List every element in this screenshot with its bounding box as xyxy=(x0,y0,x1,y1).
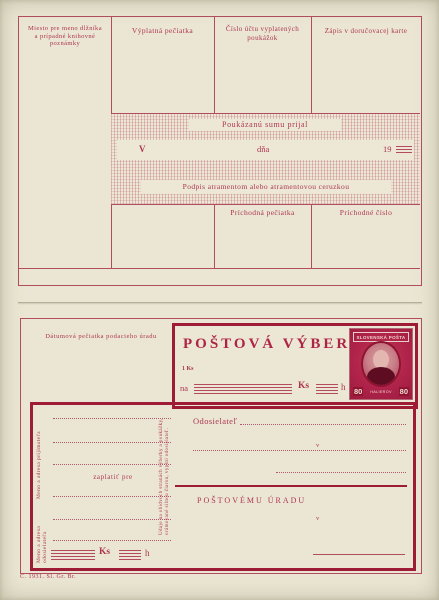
haliere-fill-lines xyxy=(316,384,338,394)
bottom-haliere-fill-lines xyxy=(119,550,141,560)
sum-received-label: Poukázanú sumu prijal xyxy=(189,119,341,131)
sender-field-label: Odosielateľ xyxy=(193,416,237,426)
recipient-line-3 xyxy=(53,464,171,465)
portrait-body xyxy=(367,367,395,385)
fee-label: 1 Ks xyxy=(182,366,194,372)
arrival-number-cell-label: Príchodné číslo xyxy=(313,209,419,218)
sender-address-label: Meno a adresa odosielateľa xyxy=(36,501,48,563)
payout-stamp-cell-label: Výplatná pečiatka xyxy=(113,27,212,36)
filling-instruction: Údaje na obidvoch stranách výberky a pou… xyxy=(159,407,173,535)
arrival-stamp-cell-label: Príchodná pečiatka xyxy=(216,209,309,218)
sender-line-3 xyxy=(53,540,171,541)
grid-bottom-line-left xyxy=(19,268,111,269)
post-office-place-line xyxy=(313,554,405,555)
post-office-label: POŠTOVÉMU ÚRADU xyxy=(197,496,306,505)
year-label: 19 xyxy=(383,144,392,154)
bottom-h-label: h xyxy=(145,548,150,558)
datestamp-area-label: Dátumová pečiatka podacieho úradu xyxy=(31,333,171,340)
grid-bottom-line xyxy=(111,268,420,269)
sender-line-1 xyxy=(53,496,171,497)
receipt-hatched-block: Poukázanú sumu prijal V dňa 19 Podpis at… xyxy=(111,113,420,205)
place-date-band: V dňa 19 xyxy=(117,140,414,160)
sender-extra-line xyxy=(276,472,406,473)
form-title: POŠTOVÁ VÝBERKA xyxy=(183,336,363,353)
recipient-line-2 xyxy=(53,442,171,443)
post-office-separator xyxy=(175,485,407,487)
bottom-ks-label: Ks xyxy=(99,547,110,557)
ks-label: Ks xyxy=(298,381,309,391)
h-label: h xyxy=(341,382,346,392)
delivery-card-cell-label: Zápis v doručovacej karte xyxy=(313,27,419,36)
recipient-line-1 xyxy=(53,418,171,419)
grid-col3-separator-top xyxy=(311,17,312,113)
printer-imprint: C. 1931. Sl. Gr. Br. xyxy=(20,574,76,580)
sender-field-line xyxy=(240,424,406,425)
amount-fill-lines xyxy=(194,384,292,394)
receipt-card: Miesto pre meno dlžníka a prípadné kniho… xyxy=(18,16,422,286)
debtor-name-cell-label: Miesto pre meno dlžníka a prípadné kniho… xyxy=(21,25,109,48)
recipient-address-label: Meno a adresa prijímateľa xyxy=(36,411,42,499)
grid-col3-separator-bottom xyxy=(311,203,312,268)
stamp-currency-label: HALIEROV xyxy=(350,390,412,394)
bottom-amount-fill-lines xyxy=(51,550,95,560)
money-order-card: Dátumová pečiatka podacieho úradu POŠTOV… xyxy=(20,318,422,574)
grid-col2-separator-top xyxy=(214,17,215,113)
sender-line-2 xyxy=(53,519,171,520)
signature-note-label: Podpis atramentom alebo atramentovou cer… xyxy=(141,180,391,194)
place-label: V xyxy=(139,144,146,154)
in-place-label-bottom: v xyxy=(316,515,319,522)
na-label: na xyxy=(180,383,188,393)
date-label: dňa xyxy=(257,144,269,154)
title-box: POŠTOVÁ VÝBERKA 1 Ks na Ks h SLOVENSKÁ P… xyxy=(172,323,418,409)
postage-stamp: SLOVENSKÁ POŠTA 80 80 HALIEROV xyxy=(350,329,412,399)
in-place-label-top: v xyxy=(316,442,319,449)
pay-for-label: zaplatiť pre xyxy=(73,473,153,481)
stamp-portrait xyxy=(363,343,399,385)
account-number-cell-label: Číslo účtu vyplatených poukážok xyxy=(216,25,309,42)
fold-line xyxy=(18,302,422,303)
grid-col2-separator-bottom xyxy=(214,203,215,268)
sender-fill-region: Meno a adresa prijímateľa Meno a adresa … xyxy=(30,402,416,571)
stamp-country-label: SLOVENSKÁ POŠTA xyxy=(353,332,409,342)
year-fill-lines xyxy=(396,146,412,153)
sender-place-line xyxy=(193,450,406,451)
